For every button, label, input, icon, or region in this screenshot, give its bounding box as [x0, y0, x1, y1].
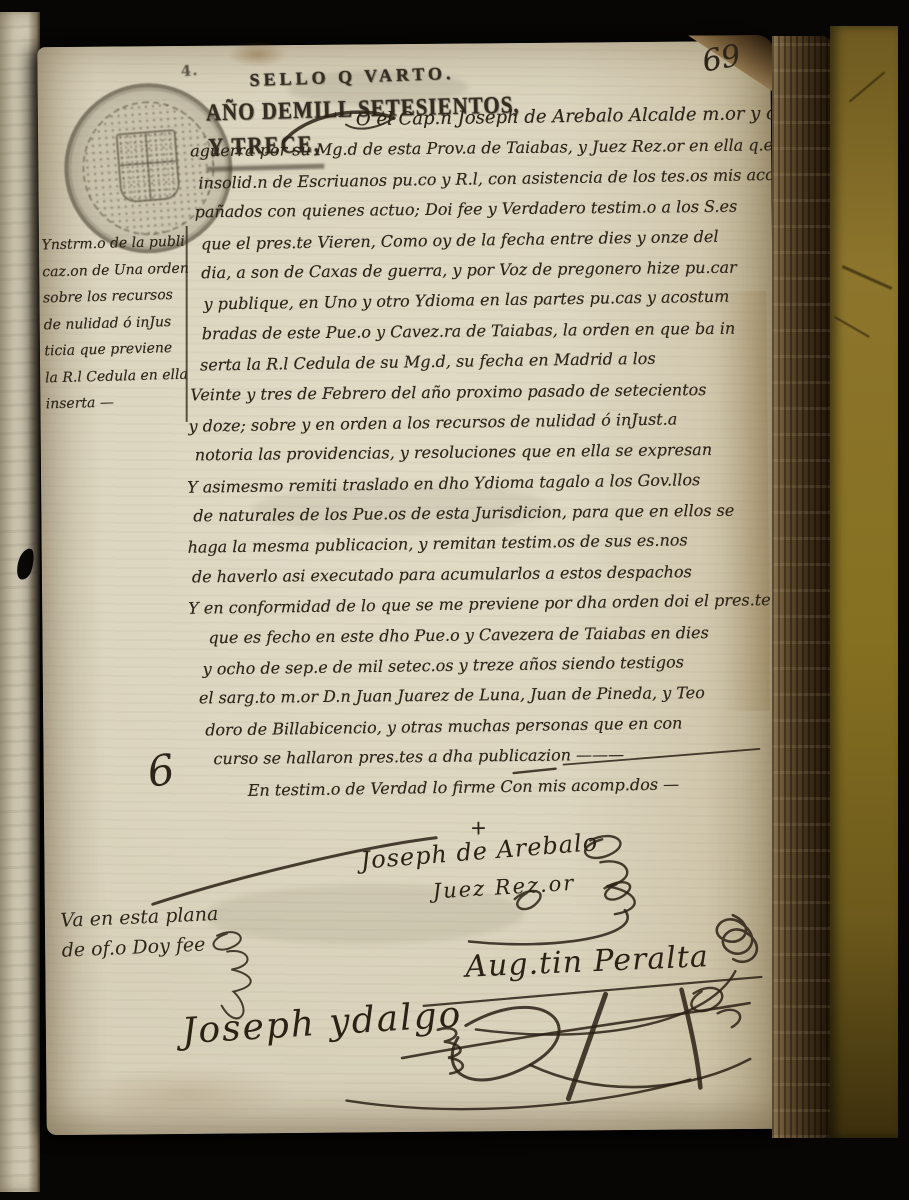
photo-background: 4. SELLO Q VARTO. AÑO DEMILL SETESIENTOS… [0, 0, 909, 1200]
seal-quarto-mark: 4. [180, 61, 199, 80]
vellum-cover [830, 26, 898, 1138]
vellum-crease [849, 71, 886, 102]
margin-note-line: ticia que previene [44, 335, 187, 365]
margin-note-line: caz.on de Una orden [42, 255, 185, 285]
margin-note-line: Ynstrm.o de la publi [41, 229, 184, 259]
stain [76, 1063, 297, 1125]
margin-note-line: inserta — [45, 388, 188, 418]
manuscript-page: 4. SELLO Q VARTO. AÑO DEMILL SETESIENTOS… [37, 41, 779, 1135]
signature-hidalgo: Joseph ydalgo [181, 994, 464, 1052]
paragraph-mark: 6 [144, 744, 178, 796]
margin-note-line: de nulidad ó inJus [43, 308, 186, 338]
office-note-line: de of.o Doy fee [61, 929, 220, 966]
book-fore-edge [772, 36, 832, 1138]
signature-arebalo-title: Juez Rez.or [432, 871, 576, 904]
signature-peralta: Aug.tin Peralta [465, 939, 710, 985]
vellum-crease [834, 316, 870, 338]
folio-number: 69 [699, 38, 743, 79]
body-text: O el Cap.n Joseph de Arebalo Alcalde m.o… [184, 101, 790, 805]
margin-note-line: sobre los recursos [43, 282, 186, 312]
seal-coat-of-arms [116, 129, 181, 203]
margin-note-line: la R.l Cedula en ella [45, 361, 188, 391]
closing-cross: + [470, 815, 487, 839]
previous-page-edge [0, 12, 40, 1192]
stain [227, 41, 287, 68]
office-note: Va en esta plana de of.o Doy fee [60, 899, 220, 966]
margin-note: Ynstrm.o de la publi caz.on de Una orden… [41, 229, 188, 418]
vellum-crease [842, 265, 893, 290]
